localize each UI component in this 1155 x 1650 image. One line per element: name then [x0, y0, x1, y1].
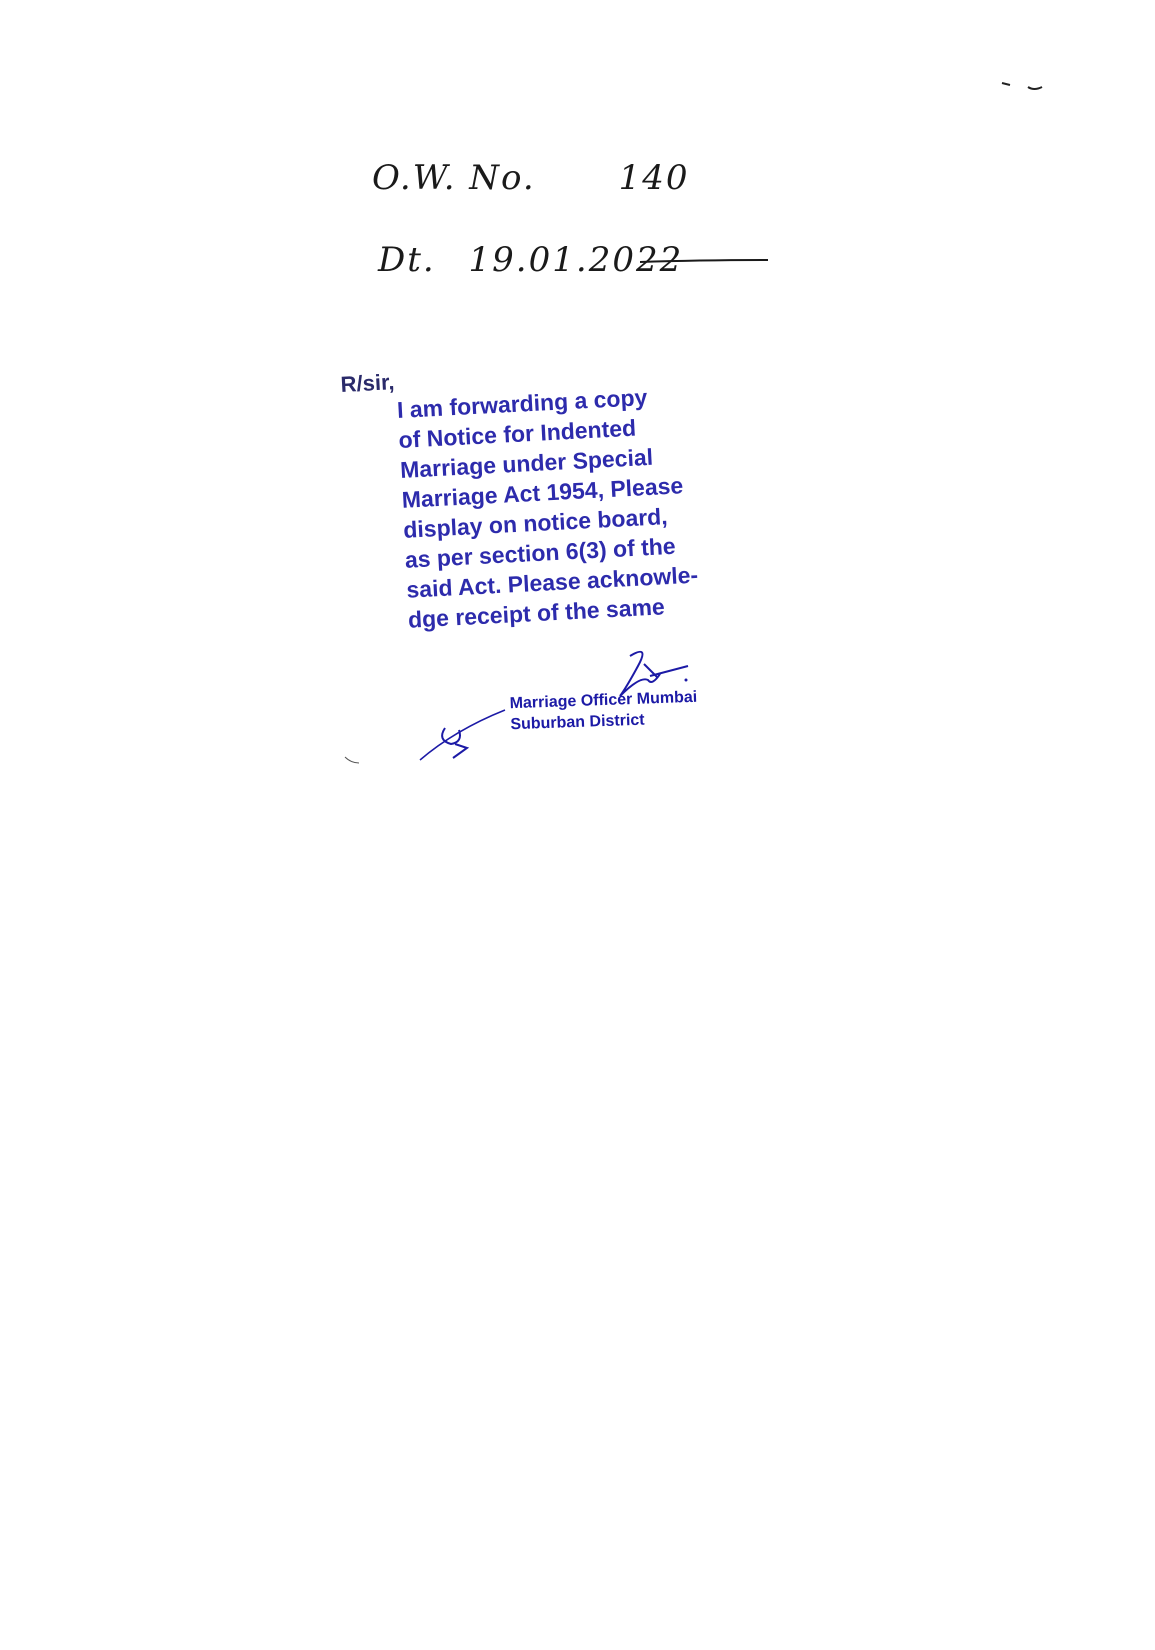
forwarding-stamp: R/sir, I am forwarding a copy of Notice … — [340, 349, 783, 637]
inward-number-value: 140 — [619, 158, 690, 198]
initials-mark-icon — [415, 700, 510, 765]
signatory-block: Marriage Officer Mumbai Suburban Distric… — [509, 687, 698, 736]
date-underline — [640, 250, 770, 270]
inward-number-label: O.W. No. — [372, 158, 536, 198]
handwritten-date: Dt. 19.01.2022 — [378, 240, 683, 280]
stray-mark — [343, 755, 363, 767]
handwritten-inward-number: O.W. No. 140 — [372, 158, 689, 198]
date-label: Dt. — [378, 240, 436, 280]
pen-mark-icon — [1000, 75, 1050, 95]
document-page: O.W. No. 140 Dt. 19.01.2022 R/sir, I am … — [0, 0, 1155, 1650]
